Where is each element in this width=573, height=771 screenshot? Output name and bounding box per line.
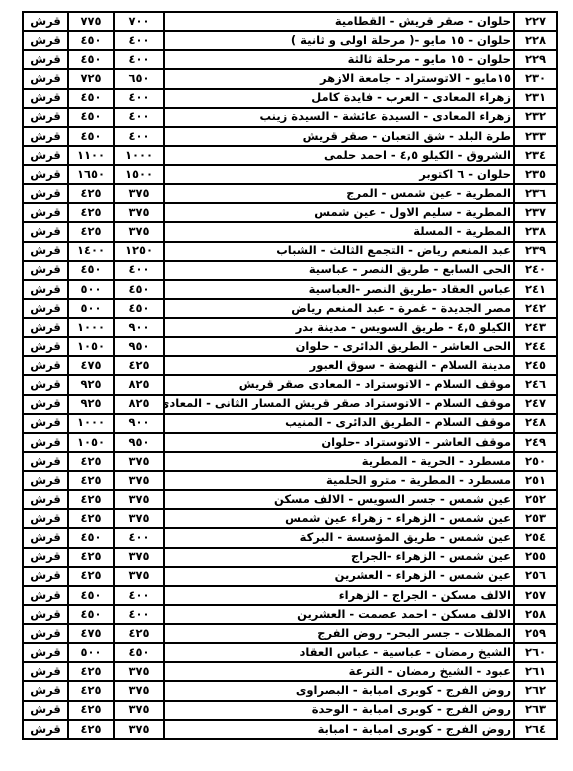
fare-row: ٢٤٢مصر الجديدة - غمرة - عبد المنعم رياض٤… (23, 299, 557, 318)
route-name-cell: المطرية - سليم الاول - عين شمس (164, 203, 514, 222)
currency-cell: قرش (23, 586, 68, 605)
route-name-cell: الشروق - الكيلو ٤,٥ - احمد حلمى (164, 146, 514, 165)
route-number-cell: ٢٤١ (514, 280, 557, 299)
fare-row: ٢٤٠الحى السابع - طريق النصر - عباسية٤٠٠٤… (23, 261, 557, 280)
fare-new-cell: ٧٧٥ (68, 12, 114, 31)
fare-new-cell: ١٠٠٠ (68, 414, 114, 433)
fare-old-cell: ٣٧٥ (114, 681, 164, 700)
fare-old-cell: ٩٥٠ (114, 337, 164, 356)
fare-old-cell: ٣٧٥ (114, 720, 164, 739)
route-name-cell: موقف السلام - الاتوستراد - المعادى صقر ق… (164, 375, 514, 394)
currency-cell: قرش (23, 89, 68, 108)
route-number-cell: ٢٦٠ (514, 643, 557, 662)
fare-new-cell: ٤٢٥ (68, 701, 114, 720)
route-name-cell: موقف العاشر - الاتوستراد -حلوان (164, 433, 514, 452)
route-name-cell: روض الفرج - كوبرى امبابة - امبابة (164, 720, 514, 739)
fare-old-cell: ٤٠٠ (114, 31, 164, 50)
route-name-cell: عين شمس - الزهراء - العشرين (164, 567, 514, 586)
fare-row: ٢٢٩حلوان - ١٥ مايو - مرحلة ثالثة٤٠٠٤٥٠قر… (23, 50, 557, 69)
fare-row: ٢٥٩المظلات - جسر البحر- روض الفرج٤٢٥٤٧٥ق… (23, 624, 557, 643)
currency-cell: قرش (23, 720, 68, 739)
route-name-cell: حلوان - ١٥ مايو -( مرحلة اولى و ثانية ) (164, 31, 514, 50)
fare-old-cell: ٣٧٥ (114, 509, 164, 528)
route-number-cell: ٢٥٢ (514, 490, 557, 509)
currency-cell: قرش (23, 184, 68, 203)
fare-new-cell: ١٠٥٠ (68, 337, 114, 356)
currency-cell: قرش (23, 681, 68, 700)
route-name-cell: عين شمس - طريق المؤسسة - البركة (164, 528, 514, 547)
fare-row: ٢٢٧حلوان - صقر قريش - القطامية٧٠٠٧٧٥قرش (23, 12, 557, 31)
currency-cell: قرش (23, 108, 68, 127)
fare-row: ٢٤٥مدينة السلام - النهضة - سوق العبور٤٢٥… (23, 356, 557, 375)
route-number-cell: ٢٤٦ (514, 375, 557, 394)
fare-row: ٢٣٨المطرية - المسلة٣٧٥٤٢٥قرش (23, 222, 557, 241)
fare-new-cell: ٤٢٥ (68, 509, 114, 528)
currency-cell: قرش (23, 280, 68, 299)
fare-row: ٢٤٤الحى العاشر - الطريق الدائرى - حلوان٩… (23, 337, 557, 356)
fare-row: ٢٦١عبود - الشيخ رمضان - الترعة٣٧٥٤٢٥قرش (23, 662, 557, 681)
fare-old-cell: ٣٧٥ (114, 548, 164, 567)
currency-cell: قرش (23, 643, 68, 662)
fare-new-cell: ٤٢٥ (68, 184, 114, 203)
currency-cell: قرش (23, 548, 68, 567)
currency-cell: قرش (23, 471, 68, 490)
fare-new-cell: ٧٢٥ (68, 69, 114, 88)
fare-new-cell: ٤٥٠ (68, 261, 114, 280)
route-number-cell: ٢٥٣ (514, 509, 557, 528)
currency-cell: قرش (23, 146, 68, 165)
route-name-cell: الشيخ رمضان - عباسية - عباس العقاد (164, 643, 514, 662)
currency-cell: قرش (23, 261, 68, 280)
fare-row: ٢٤٧موقف السلام - الاتوستراد صقر قريش الم… (23, 395, 557, 414)
currency-cell: قرش (23, 490, 68, 509)
currency-cell: قرش (23, 701, 68, 720)
fare-row: ٢٦٤روض الفرج - كوبرى امبابة - امبابة٣٧٥٤… (23, 720, 557, 739)
fare-row: ٢٥٥عين شمس - الزهراء -الجراج٣٧٥٤٢٥قرش (23, 548, 557, 567)
fare-old-cell: ٨٢٥ (114, 375, 164, 394)
currency-cell: قرش (23, 356, 68, 375)
fare-new-cell: ١٦٥٠ (68, 165, 114, 184)
fare-old-cell: ٣٧٥ (114, 662, 164, 681)
fare-new-cell: ٩٢٥ (68, 395, 114, 414)
fare-old-cell: ٣٧٥ (114, 452, 164, 471)
currency-cell: قرش (23, 165, 68, 184)
route-name-cell: طرة البلد - شق التعبان - صقر قريش (164, 127, 514, 146)
route-name-cell: زهراء المعادى - العرب - فايدة كامل (164, 89, 514, 108)
currency-cell: قرش (23, 31, 68, 50)
fare-new-cell: ٤٧٥ (68, 356, 114, 375)
fare-old-cell: ٧٠٠ (114, 12, 164, 31)
fare-old-cell: ٣٧٥ (114, 701, 164, 720)
route-name-cell: مسطرد - المطرية - مترو الحلمية (164, 471, 514, 490)
fare-new-cell: ٤٢٥ (68, 662, 114, 681)
route-number-cell: ٢٦١ (514, 662, 557, 681)
route-name-cell: الحى السابع - طريق النصر - عباسية (164, 261, 514, 280)
currency-cell: قرش (23, 222, 68, 241)
fare-row: ٢٤٩موقف العاشر - الاتوستراد -حلوان٩٥٠١٠٥… (23, 433, 557, 452)
fare-row: ٢٦٢روض الفرج - كوبرى امبابة - البصراوى٣٧… (23, 681, 557, 700)
fare-new-cell: ٩٢٥ (68, 375, 114, 394)
fare-row: ٢٣٤الشروق - الكيلو ٤,٥ - احمد حلمى١٠٠٠١١… (23, 146, 557, 165)
fare-new-cell: ٤٥٠ (68, 586, 114, 605)
fare-old-cell: ٤٢٥ (114, 624, 164, 643)
fare-row: ٢٥٠مسطرد - الحرية - المطرية٣٧٥٤٢٥قرش (23, 452, 557, 471)
route-number-cell: ٢٥٠ (514, 452, 557, 471)
route-name-cell: الكيلو ٤,٥ - طريق السويس - مدينة بدر (164, 318, 514, 337)
currency-cell: قرش (23, 127, 68, 146)
fare-row: ٢٦٣روض الفرج - كوبرى امبابة - الوحدة٣٧٥٤… (23, 701, 557, 720)
fare-new-cell: ٤٥٠ (68, 50, 114, 69)
fare-old-cell: ٩٥٠ (114, 433, 164, 452)
fare-old-cell: ٩٠٠ (114, 414, 164, 433)
fare-row: ٢٤٨موقف السلام - الطريق الدائرى - المنيب… (23, 414, 557, 433)
fare-new-cell: ١٤٠٠ (68, 242, 114, 261)
fare-row: ٢٣٠١٥مايو - الاتوستراد - جامعة الازهر٦٥٠… (23, 69, 557, 88)
fare-row: ٢٥٢عين شمس - جسر السويس - الالف مسكن٣٧٥٤… (23, 490, 557, 509)
fare-row: ٢٢٨حلوان - ١٥ مايو -( مرحلة اولى و ثانية… (23, 31, 557, 50)
fare-old-cell: ٤٥٠ (114, 643, 164, 662)
fare-row: ٢٣٧المطرية - سليم الاول - عين شمس٣٧٥٤٢٥ق… (23, 203, 557, 222)
route-number-cell: ٢٣٦ (514, 184, 557, 203)
fare-row: ٢٥٦عين شمس - الزهراء - العشرين٣٧٥٤٢٥قرش (23, 567, 557, 586)
route-number-cell: ٢٢٩ (514, 50, 557, 69)
currency-cell: قرش (23, 69, 68, 88)
fare-row: ٢٥٧الالف مسكن - الجراج - الزهراء٤٠٠٤٥٠قر… (23, 586, 557, 605)
route-number-cell: ٢٣٥ (514, 165, 557, 184)
route-number-cell: ٢٦٤ (514, 720, 557, 739)
route-number-cell: ٢٣٠ (514, 69, 557, 88)
currency-cell: قرش (23, 375, 68, 394)
currency-cell: قرش (23, 452, 68, 471)
route-number-cell: ٢٦٣ (514, 701, 557, 720)
route-name-cell: الحى العاشر - الطريق الدائرى - حلوان (164, 337, 514, 356)
fare-row: ٢٤٦موقف السلام - الاتوستراد - المعادى صق… (23, 375, 557, 394)
currency-cell: قرش (23, 414, 68, 433)
fare-new-cell: ٤٢٥ (68, 490, 114, 509)
fare-row: ٢٤١عباس العقاد -طريق النصر -العباسية٤٥٠٥… (23, 280, 557, 299)
fare-new-cell: ٤٢٥ (68, 452, 114, 471)
fare-new-cell: ٤٢٥ (68, 567, 114, 586)
fare-new-cell: ٥٠٠ (68, 643, 114, 662)
fare-new-cell: ٤٢٥ (68, 720, 114, 739)
fare-old-cell: ٤٠٠ (114, 127, 164, 146)
fare-old-cell: ٣٧٥ (114, 490, 164, 509)
fare-new-cell: ٤٥٠ (68, 31, 114, 50)
currency-cell: قرش (23, 337, 68, 356)
fare-old-cell: ٦٥٠ (114, 69, 164, 88)
currency-cell: قرش (23, 50, 68, 69)
fare-old-cell: ٩٠٠ (114, 318, 164, 337)
route-number-cell: ٢٣٢ (514, 108, 557, 127)
route-number-cell: ٢٥٥ (514, 548, 557, 567)
fare-old-cell: ٤٢٥ (114, 356, 164, 375)
fare-row: ٢٣٦المطرية - عين شمس - المرج٣٧٥٤٢٥قرش (23, 184, 557, 203)
route-name-cell: المطرية - عين شمس - المرج (164, 184, 514, 203)
fare-row: ٢٥٣عين شمس - الزهراء - زهراء عين شمس٣٧٥٤… (23, 509, 557, 528)
route-name-cell: عبود - الشيخ رمضان - الترعة (164, 662, 514, 681)
fare-old-cell: ١٥٠٠ (114, 165, 164, 184)
currency-cell: قرش (23, 624, 68, 643)
fare-new-cell: ١٠٠٠ (68, 318, 114, 337)
fare-old-cell: ٤٠٠ (114, 605, 164, 624)
fare-new-cell: ٤٥٠ (68, 127, 114, 146)
route-name-cell: المطرية - المسلة (164, 222, 514, 241)
fare-old-cell: ١٢٥٠ (114, 242, 164, 261)
route-number-cell: ٢٣٩ (514, 242, 557, 261)
route-name-cell: حلوان - ١٥ مايو - مرحلة ثالثة (164, 50, 514, 69)
currency-cell: قرش (23, 12, 68, 31)
route-name-cell: المظلات - جسر البحر- روض الفرج (164, 624, 514, 643)
route-name-cell: الالف مسكن - الجراج - الزهراء (164, 586, 514, 605)
route-number-cell: ٢٣٧ (514, 203, 557, 222)
fare-old-cell: ٤٠٠ (114, 89, 164, 108)
route-number-cell: ٢٢٨ (514, 31, 557, 50)
route-number-cell: ٢٣١ (514, 89, 557, 108)
fare-table-body: ٢٢٧حلوان - صقر قريش - القطامية٧٠٠٧٧٥قرش٢… (23, 12, 557, 739)
fare-row: ٢٥٨الالف مسكن - احمد عصمت - العشرين٤٠٠٤٥… (23, 605, 557, 624)
route-name-cell: روض الفرج - كوبرى امبابة - البصراوى (164, 681, 514, 700)
fare-row: ٢٣٥حلوان - ٦ اكتوبر١٥٠٠١٦٥٠قرش (23, 165, 557, 184)
fare-new-cell: ٤٢٥ (68, 681, 114, 700)
route-number-cell: ٢٤٣ (514, 318, 557, 337)
route-name-cell: موقف السلام - الطريق الدائرى - المنيب (164, 414, 514, 433)
route-number-cell: ٢٥١ (514, 471, 557, 490)
route-name-cell: حلوان - صقر قريش - القطامية (164, 12, 514, 31)
currency-cell: قرش (23, 433, 68, 452)
route-number-cell: ٢٤٠ (514, 261, 557, 280)
fare-new-cell: ٤٢٥ (68, 471, 114, 490)
route-name-cell: عين شمس - الزهراء -الجراج (164, 548, 514, 567)
fare-new-cell: ١٠٥٠ (68, 433, 114, 452)
fare-old-cell: ٤٥٠ (114, 299, 164, 318)
fare-table: ٢٢٧حلوان - صقر قريش - القطامية٧٠٠٧٧٥قرش٢… (22, 11, 558, 740)
route-name-cell: زهراء المعادى - السيدة عائشة - السيدة زي… (164, 108, 514, 127)
currency-cell: قرش (23, 318, 68, 337)
route-name-cell: عبد المنعم رياض - التجمع الثالث - الشباب (164, 242, 514, 261)
route-name-cell: روض الفرج - كوبرى امبابة - الوحدة (164, 701, 514, 720)
fare-old-cell: ٣٧٥ (114, 184, 164, 203)
fare-new-cell: ٤٥٠ (68, 528, 114, 547)
fare-old-cell: ٣٧٥ (114, 203, 164, 222)
currency-cell: قرش (23, 299, 68, 318)
fare-old-cell: ٤٥٠ (114, 280, 164, 299)
fare-new-cell: ٤٥٠ (68, 605, 114, 624)
fare-row: ٢٣٩عبد المنعم رياض - التجمع الثالث - الش… (23, 242, 557, 261)
fare-row: ٢٣١زهراء المعادى - العرب - فايدة كامل٤٠٠… (23, 89, 557, 108)
route-number-cell: ٢٣٨ (514, 222, 557, 241)
route-number-cell: ٢٥٤ (514, 528, 557, 547)
fare-new-cell: ٤٥٠ (68, 108, 114, 127)
currency-cell: قرش (23, 567, 68, 586)
route-name-cell: ١٥مايو - الاتوستراد - جامعة الازهر (164, 69, 514, 88)
fare-old-cell: ٤٠٠ (114, 528, 164, 547)
currency-cell: قرش (23, 528, 68, 547)
fare-new-cell: ٤٥٠ (68, 89, 114, 108)
fare-new-cell: ٤٢٥ (68, 222, 114, 241)
route-name-cell: مسطرد - الحرية - المطرية (164, 452, 514, 471)
fare-old-cell: ٣٧٥ (114, 471, 164, 490)
fare-row: ٢٣٣طرة البلد - شق التعبان - صقر قريش٤٠٠٤… (23, 127, 557, 146)
fare-row: ٢٥٤عين شمس - طريق المؤسسة - البركة٤٠٠٤٥٠… (23, 528, 557, 547)
fare-new-cell: ٥٠٠ (68, 299, 114, 318)
currency-cell: قرش (23, 662, 68, 681)
fare-old-cell: ٤٠٠ (114, 108, 164, 127)
route-name-cell: عباس العقاد -طريق النصر -العباسية (164, 280, 514, 299)
currency-cell: قرش (23, 605, 68, 624)
route-number-cell: ٢٤٧ (514, 395, 557, 414)
fare-old-cell: ٤٠٠ (114, 50, 164, 69)
fare-old-cell: ٣٧٥ (114, 222, 164, 241)
fare-row: ٢٦٠الشيخ رمضان - عباسية - عباس العقاد٤٥٠… (23, 643, 557, 662)
route-name-cell: حلوان - ٦ اكتوبر (164, 165, 514, 184)
route-name-cell: مصر الجديدة - غمرة - عبد المنعم رياض (164, 299, 514, 318)
fare-old-cell: ٤٠٠ (114, 261, 164, 280)
route-name-cell: مدينة السلام - النهضة - سوق العبور (164, 356, 514, 375)
route-number-cell: ٢٤٥ (514, 356, 557, 375)
fare-row: ٢٥١مسطرد - المطرية - مترو الحلمية٣٧٥٤٢٥ق… (23, 471, 557, 490)
fare-old-cell: ١٠٠٠ (114, 146, 164, 165)
route-number-cell: ٢٣٤ (514, 146, 557, 165)
route-number-cell: ٢٢٧ (514, 12, 557, 31)
fare-new-cell: ٤٢٥ (68, 203, 114, 222)
route-number-cell: ٢٥٩ (514, 624, 557, 643)
route-name-cell: عين شمس - جسر السويس - الالف مسكن (164, 490, 514, 509)
route-name-cell: الالف مسكن - احمد عصمت - العشرين (164, 605, 514, 624)
route-number-cell: ٢٤٢ (514, 299, 557, 318)
document-page: ٢٢٧حلوان - صقر قريش - القطامية٧٠٠٧٧٥قرش٢… (0, 0, 573, 771)
route-number-cell: ٢٥٨ (514, 605, 557, 624)
route-number-cell: ٢٥٧ (514, 586, 557, 605)
route-number-cell: ٢٤٨ (514, 414, 557, 433)
fare-old-cell: ٣٧٥ (114, 567, 164, 586)
route-number-cell: ٢٦٢ (514, 681, 557, 700)
fare-old-cell: ٤٠٠ (114, 586, 164, 605)
route-number-cell: ٢٣٣ (514, 127, 557, 146)
currency-cell: قرش (23, 242, 68, 261)
fare-new-cell: ٤٧٥ (68, 624, 114, 643)
route-name-cell: موقف السلام - الاتوستراد صقر قريش المسار… (164, 395, 514, 414)
currency-cell: قرش (23, 203, 68, 222)
fare-new-cell: ٤٢٥ (68, 548, 114, 567)
fare-old-cell: ٨٢٥ (114, 395, 164, 414)
fare-new-cell: ١١٠٠ (68, 146, 114, 165)
route-number-cell: ٢٤٤ (514, 337, 557, 356)
route-name-cell: عين شمس - الزهراء - زهراء عين شمس (164, 509, 514, 528)
fare-new-cell: ٥٠٠ (68, 280, 114, 299)
currency-cell: قرش (23, 395, 68, 414)
currency-cell: قرش (23, 509, 68, 528)
route-number-cell: ٢٥٦ (514, 567, 557, 586)
route-number-cell: ٢٤٩ (514, 433, 557, 452)
fare-row: ٢٤٣الكيلو ٤,٥ - طريق السويس - مدينة بدر٩… (23, 318, 557, 337)
fare-row: ٢٣٢زهراء المعادى - السيدة عائشة - السيدة… (23, 108, 557, 127)
